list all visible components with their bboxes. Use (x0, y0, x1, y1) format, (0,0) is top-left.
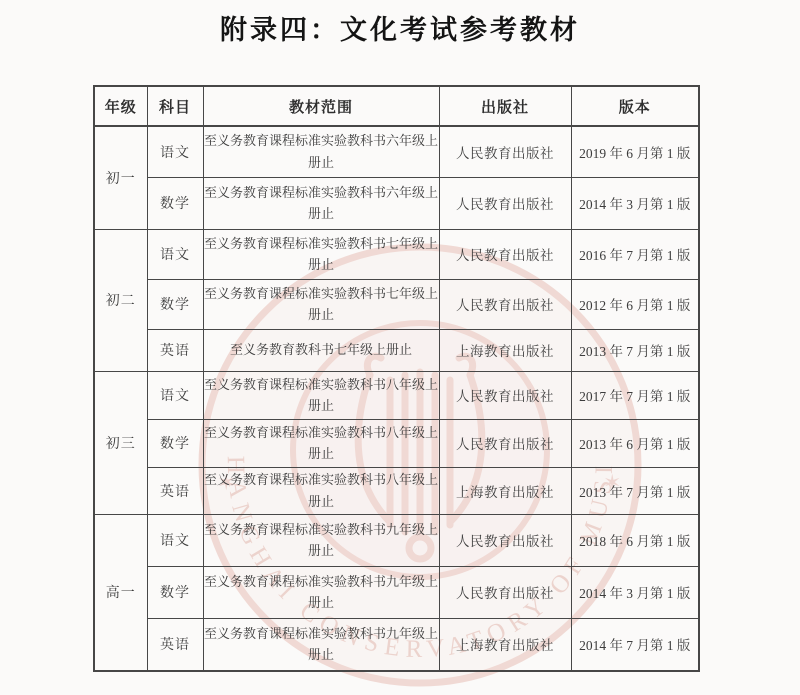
table-row: 英语至义务教育教科书七年级上册止上海教育出版社2013 年 7 月第 1 版 (94, 329, 699, 371)
header-edition: 版本 (571, 86, 699, 126)
scope-cell: 至义务教育课程标准实验教科书九年级上册止 (203, 566, 439, 618)
table-row: 数学至义务教育课程标准实验教科书七年级上册止人民教育出版社2012 年 6 月第… (94, 279, 699, 329)
edition-cell: 2019 年 6 月第 1 版 (571, 126, 699, 177)
table-row: 数学至义务教育课程标准实验教科书八年级上册止人民教育出版社2013 年 6 月第… (94, 419, 699, 467)
header-grade: 年级 (94, 86, 147, 126)
edition-cell: 2017 年 7 月第 1 版 (571, 371, 699, 419)
publisher-cell: 人民教育出版社 (439, 419, 571, 467)
edition-cell: 2014 年 7 月第 1 版 (571, 618, 699, 671)
scope-cell: 至义务教育课程标准实验教科书六年级上册止 (203, 177, 439, 229)
subject-cell: 语文 (147, 371, 203, 419)
table-header-row: 年级 科目 教材范围 出版社 版本 (94, 86, 699, 126)
scope-cell: 至义务教育课程标准实验教科书八年级上册止 (203, 467, 439, 514)
edition-cell: 2013 年 7 月第 1 版 (571, 467, 699, 514)
scope-cell: 至义务教育课程标准实验教科书六年级上册止 (203, 126, 439, 177)
grade-cell: 初一 (94, 126, 147, 229)
header-subject: 科目 (147, 86, 203, 126)
grade-cell: 初三 (94, 371, 147, 514)
subject-cell: 英语 (147, 467, 203, 514)
edition-cell: 2014 年 3 月第 1 版 (571, 177, 699, 229)
scope-cell: 至义务教育课程标准实验教科书八年级上册止 (203, 419, 439, 467)
subject-cell: 数学 (147, 419, 203, 467)
table-row: 数学至义务教育课程标准实验教科书九年级上册止人民教育出版社2014 年 3 月第… (94, 566, 699, 618)
scope-cell: 至义务教育课程标准实验教科书九年级上册止 (203, 514, 439, 566)
edition-cell: 2014 年 3 月第 1 版 (571, 566, 699, 618)
table-row: 英语至义务教育课程标准实验教科书八年级上册止上海教育出版社2013 年 7 月第… (94, 467, 699, 514)
table-row: 初一语文至义务教育课程标准实验教科书六年级上册止人民教育出版社2019 年 6 … (94, 126, 699, 177)
textbook-table: 年级 科目 教材范围 出版社 版本 初一语文至义务教育课程标准实验教科书六年级上… (93, 85, 700, 672)
table-row: 英语至义务教育课程标准实验教科书九年级上册止上海教育出版社2014 年 7 月第… (94, 618, 699, 671)
subject-cell: 数学 (147, 566, 203, 618)
scope-cell: 至义务教育课程标准实验教科书九年级上册止 (203, 618, 439, 671)
scope-cell: 至义务教育课程标准实验教科书七年级上册止 (203, 229, 439, 279)
page-title: 附录四：文化考试参考教材 (0, 8, 800, 47)
publisher-cell: 人民教育出版社 (439, 229, 571, 279)
edition-cell: 2013 年 7 月第 1 版 (571, 329, 699, 371)
subject-cell: 数学 (147, 279, 203, 329)
subject-cell: 语文 (147, 229, 203, 279)
scope-cell: 至义务教育课程标准实验教科书七年级上册止 (203, 279, 439, 329)
subject-cell: 数学 (147, 177, 203, 229)
publisher-cell: 人民教育出版社 (439, 371, 571, 419)
edition-cell: 2016 年 7 月第 1 版 (571, 229, 699, 279)
publisher-cell: 人民教育出版社 (439, 514, 571, 566)
table-row: 初二语文至义务教育课程标准实验教科书七年级上册止人民教育出版社2016 年 7 … (94, 229, 699, 279)
subject-cell: 英语 (147, 329, 203, 371)
table-row: 初三语文至义务教育课程标准实验教科书八年级上册止人民教育出版社2017 年 7 … (94, 371, 699, 419)
subject-cell: 英语 (147, 618, 203, 671)
header-scope: 教材范围 (203, 86, 439, 126)
scope-cell: 至义务教育教科书七年级上册止 (203, 329, 439, 371)
table-row: 数学至义务教育课程标准实验教科书六年级上册止人民教育出版社2014 年 3 月第… (94, 177, 699, 229)
table-row: 高一语文至义务教育课程标准实验教科书九年级上册止人民教育出版社2018 年 6 … (94, 514, 699, 566)
document-page: SHANGHAI CONSERVATORY OF MUSIC ✶ ✶ 附录四：文… (0, 0, 800, 695)
edition-cell: 2013 年 6 月第 1 版 (571, 419, 699, 467)
grade-cell: 高一 (94, 514, 147, 671)
grade-cell: 初二 (94, 229, 147, 371)
subject-cell: 语文 (147, 126, 203, 177)
edition-cell: 2018 年 6 月第 1 版 (571, 514, 699, 566)
publisher-cell: 上海教育出版社 (439, 329, 571, 371)
table-header: 年级 科目 教材范围 出版社 版本 (94, 86, 699, 126)
publisher-cell: 人民教育出版社 (439, 566, 571, 618)
publisher-cell: 人民教育出版社 (439, 126, 571, 177)
header-publisher: 出版社 (439, 86, 571, 126)
edition-cell: 2012 年 6 月第 1 版 (571, 279, 699, 329)
scope-cell: 至义务教育课程标准实验教科书八年级上册止 (203, 371, 439, 419)
publisher-cell: 人民教育出版社 (439, 177, 571, 229)
publisher-cell: 人民教育出版社 (439, 279, 571, 329)
publisher-cell: 上海教育出版社 (439, 467, 571, 514)
textbook-table-body: 初一语文至义务教育课程标准实验教科书六年级上册止人民教育出版社2019 年 6 … (94, 126, 699, 671)
publisher-cell: 上海教育出版社 (439, 618, 571, 671)
subject-cell: 语文 (147, 514, 203, 566)
